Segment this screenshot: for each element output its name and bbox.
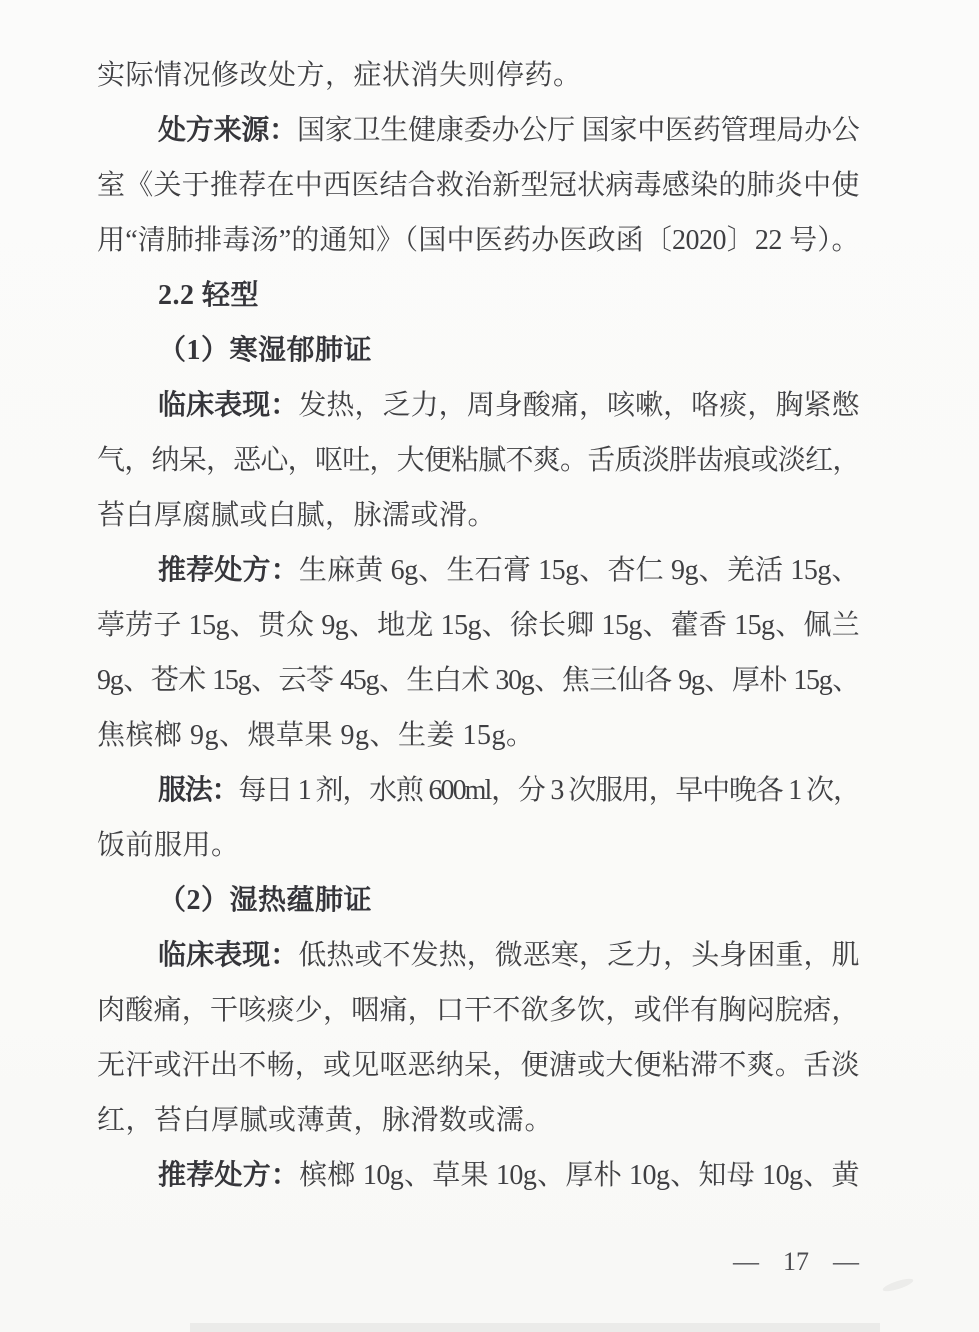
line-content: 临床表现：低热或不发热，微恶寒，乏力，头身困重，肌: [158, 940, 859, 971]
line-content: 2.2 轻型: [158, 280, 259, 311]
text-line: 肉酸痛，干咳痰少，咽痛，口干不欲多饮，或伴有胸闷脘痞，: [97, 983, 859, 1038]
line-content: 用“清肺排毒汤”的通知》（国中医药办医政函〔2020〕22 号）。: [97, 225, 859, 256]
line-content: 焦槟榔 9g、煨草果 9g、生姜 15g。: [97, 720, 535, 751]
line-text: 国家卫生健康委办公厅 国家中医药管理局办公: [297, 115, 859, 146]
line-label: 2.2 轻型: [158, 280, 259, 311]
line-text: 用“清肺排毒汤”的通知》（国中医药办医政函〔2020〕22 号）。: [97, 225, 859, 256]
scan-edge-band: [190, 1323, 880, 1332]
line-text: 低热或不发热，微恶寒，乏力，头身困重，肌: [298, 940, 859, 971]
line-text: 肉酸痛，干咳痰少，咽痛，口干不欲多饮，或伴有胸闷脘痞，: [97, 995, 859, 1026]
line-content: 葶苈子 15g、贯众 9g、地龙 15g、徐长卿 15g、藿香 15g、佩兰: [97, 610, 859, 641]
page-footer: — 17 —: [97, 1245, 859, 1279]
text-line: 气，纳呆，恶心，呕吐，大便粘腻不爽。舌质淡胖齿痕或淡红，: [97, 433, 859, 488]
text-line: 用“清肺排毒汤”的通知》（国中医药办医政函〔2020〕22 号）。: [97, 213, 859, 268]
line-content: 肉酸痛，干咳痰少，咽痛，口干不欲多饮，或伴有胸闷脘痞，: [97, 995, 859, 1026]
text-line: 临床表现：发热，乏力，周身酸痛，咳嗽，咯痰，胸紧憋: [97, 378, 859, 433]
text-line: 推荐处方：生麻黄 6g、生石膏 15g、杏仁 9g、羌活 15g、: [97, 543, 859, 598]
line-text: 发热，乏力，周身酸痛，咳嗽，咯痰，胸紧憋: [298, 390, 859, 421]
line-text: 无汗或汗出不畅，或见呕恶纳呆，便溏或大便粘滞不爽。舌淡: [97, 1050, 859, 1081]
text-line: 2.2 轻型: [97, 268, 859, 323]
line-text: 气，纳呆，恶心，呕吐，大便粘腻不爽。舌质淡胖齿痕或淡红，: [97, 445, 859, 476]
line-content: 实际情况修改处方，症状消失则停药。: [97, 60, 582, 91]
text-line: 红，苔白厚腻或薄黄，脉滑数或濡。: [97, 1093, 859, 1148]
line-content: （2）湿热蕴肺证: [158, 885, 372, 916]
line-label: 临床表现：: [158, 940, 298, 971]
text-line: 无汗或汗出不畅，或见呕恶纳呆，便溏或大便粘滞不爽。舌淡: [97, 1038, 859, 1093]
line-label: （1）寒湿郁肺证: [158, 335, 372, 366]
line-content: 气，纳呆，恶心，呕吐，大便粘腻不爽。舌质淡胖齿痕或淡红，: [97, 445, 859, 476]
line-text: 实际情况修改处方，症状消失则停药。: [97, 60, 582, 91]
footer-dash-left: —: [733, 1245, 759, 1279]
line-label: 推荐处方：: [158, 555, 299, 586]
line-text: 饭前服用。: [97, 830, 240, 861]
text-line: 焦槟榔 9g、煨草果 9g、生姜 15g。: [97, 708, 859, 763]
line-label: 推荐处方：: [158, 1160, 299, 1191]
line-content: 无汗或汗出不畅，或见呕恶纳呆，便溏或大便粘滞不爽。舌淡: [97, 1050, 859, 1081]
text-line: 苔白厚腐腻或白腻，脉濡或滑。: [97, 488, 859, 543]
line-text: 红，苔白厚腻或薄黄，脉滑数或濡。: [97, 1105, 553, 1136]
line-text: 生麻黄 6g、生石膏 15g、杏仁 9g、羌活 15g、: [299, 555, 859, 586]
line-text: 每日 1 剂，水煎 600ml，分 3 次服用，早中晚各 1 次，: [238, 775, 859, 806]
line-content: 推荐处方：槟榔 10g、草果 10g、厚朴 10g、知母 10g、黄: [158, 1160, 859, 1191]
line-content: 苔白厚腐腻或白腻，脉濡或滑。: [97, 500, 496, 531]
line-text: 葶苈子 15g、贯众 9g、地龙 15g、徐长卿 15g、藿香 15g、佩兰: [97, 610, 859, 641]
line-label: 处方来源：: [158, 115, 297, 146]
page-number: 17: [783, 1245, 809, 1279]
line-content: 服法：每日 1 剂，水煎 600ml，分 3 次服用，早中晚各 1 次，: [158, 775, 859, 806]
line-content: 室《关于推荐在中西医结合救治新型冠状病毒感染的肺炎中使: [97, 170, 859, 201]
scan-smudge-artifact: [882, 1276, 915, 1293]
footer-dash-right: —: [833, 1245, 859, 1279]
line-label: 临床表现：: [158, 390, 298, 421]
line-text: 室《关于推荐在中西医结合救治新型冠状病毒感染的肺炎中使: [97, 170, 859, 201]
line-text: 焦槟榔 9g、煨草果 9g、生姜 15g。: [97, 720, 535, 751]
text-line: 服法：每日 1 剂，水煎 600ml，分 3 次服用，早中晚各 1 次，: [97, 763, 859, 818]
text-column: 实际情况修改处方，症状消失则停药。处方来源：国家卫生健康委办公厅 国家中医药管理…: [97, 48, 859, 1203]
line-text: 槟榔 10g、草果 10g、厚朴 10g、知母 10g、黄: [299, 1160, 859, 1191]
line-content: 临床表现：发热，乏力，周身酸痛，咳嗽，咯痰，胸紧憋: [158, 390, 859, 421]
text-line: （2）湿热蕴肺证: [97, 873, 859, 928]
line-label: 服法：: [158, 775, 238, 806]
text-line: 临床表现：低热或不发热，微恶寒，乏力，头身困重，肌: [97, 928, 859, 983]
text-line: 9g、苍术 15g、云苓 45g、生白术 30g、焦三仙各 9g、厚朴 15g、: [97, 653, 859, 708]
text-line: 室《关于推荐在中西医结合救治新型冠状病毒感染的肺炎中使: [97, 158, 859, 213]
line-content: 饭前服用。: [97, 830, 240, 861]
line-content: （1）寒湿郁肺证: [158, 335, 372, 366]
text-line: 葶苈子 15g、贯众 9g、地龙 15g、徐长卿 15g、藿香 15g、佩兰: [97, 598, 859, 653]
line-content: 9g、苍术 15g、云苓 45g、生白术 30g、焦三仙各 9g、厚朴 15g、: [97, 665, 859, 696]
line-content: 红，苔白厚腻或薄黄，脉滑数或濡。: [97, 1105, 553, 1136]
text-line: 实际情况修改处方，症状消失则停药。: [97, 48, 859, 103]
text-line: 处方来源：国家卫生健康委办公厅 国家中医药管理局办公: [97, 103, 859, 158]
text-line: 推荐处方：槟榔 10g、草果 10g、厚朴 10g、知母 10g、黄: [97, 1148, 859, 1203]
line-text: 9g、苍术 15g、云苓 45g、生白术 30g、焦三仙各 9g、厚朴 15g、: [97, 665, 859, 696]
text-line: （1）寒湿郁肺证: [97, 323, 859, 378]
line-text: 苔白厚腐腻或白腻，脉濡或滑。: [97, 500, 496, 531]
text-line: 饭前服用。: [97, 818, 859, 873]
line-content: 推荐处方：生麻黄 6g、生石膏 15g、杏仁 9g、羌活 15g、: [158, 555, 859, 586]
line-label: （2）湿热蕴肺证: [158, 885, 372, 916]
document-page: 实际情况修改处方，症状消失则停药。处方来源：国家卫生健康委办公厅 国家中医药管理…: [0, 0, 979, 1332]
line-content: 处方来源：国家卫生健康委办公厅 国家中医药管理局办公: [158, 115, 859, 146]
